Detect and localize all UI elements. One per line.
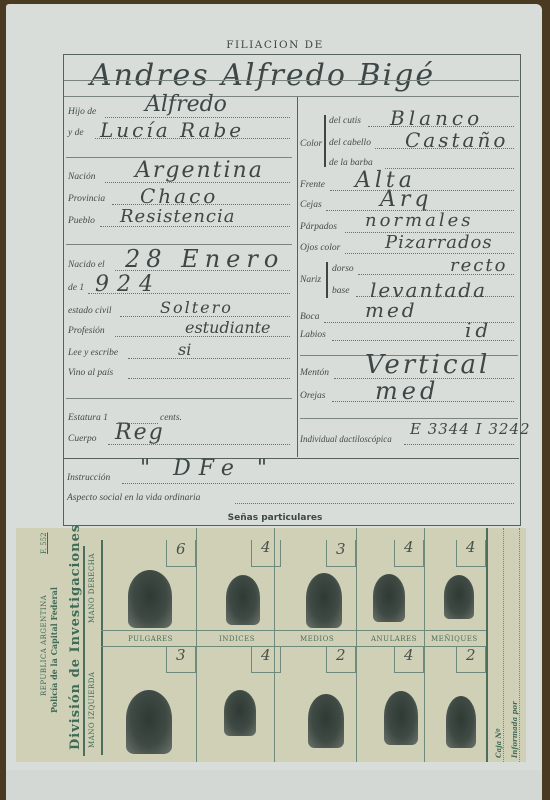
value-boca: med xyxy=(365,298,418,322)
label-vino-al-pais: Vino al país xyxy=(68,368,113,378)
fingerprint-left-thumb xyxy=(126,690,172,754)
value-cuerpo: Reg xyxy=(115,420,165,445)
nariz-brace xyxy=(326,262,328,298)
label-base: base xyxy=(332,286,349,296)
page-bottom-margin xyxy=(6,770,542,800)
right-code-thumb: 6 xyxy=(176,540,186,558)
value-estado-civil: Soltero xyxy=(160,298,233,317)
grid-line xyxy=(356,528,357,762)
label-dactiloscopica: Individual dactiloscópica xyxy=(300,434,392,444)
label-informada-por: Informada por xyxy=(510,701,519,758)
value-provincia: Chaco xyxy=(140,184,218,208)
fingerprint-left-index xyxy=(224,690,256,736)
fingerprint-card: REPUBLICA ARGENTINA Policía de la Capita… xyxy=(16,528,526,762)
label-barba: de la barba xyxy=(329,158,373,168)
label-estado-civil: estado civil xyxy=(68,306,112,316)
fingerprint-left-middle xyxy=(308,694,344,748)
value-nacion: Argentina xyxy=(135,158,264,183)
value-pueblo: Resistencia xyxy=(120,206,235,227)
label-estatura: Estatura 1 xyxy=(68,413,108,423)
header-divider xyxy=(83,546,85,756)
value-lee-escribe: si xyxy=(178,340,191,359)
column-divider xyxy=(297,97,298,457)
label-lee-escribe: Lee y escribe xyxy=(68,348,118,358)
fingerprint-right-ring xyxy=(373,574,405,622)
label-boca: Boca xyxy=(300,312,320,322)
person-name: Andres Alfredo Bigé xyxy=(90,58,435,93)
fingerprint-right-middle xyxy=(306,573,342,628)
label-cabello: del cabello xyxy=(329,138,371,148)
label-instruccion: Instrucción xyxy=(67,473,110,483)
left-code-ring: 4 xyxy=(404,646,414,664)
label-caja-no: Caja Nº xyxy=(494,728,503,758)
finger-label-anulares: ANULARES xyxy=(371,635,417,643)
value-dorso: recto xyxy=(450,255,507,276)
label-cuerpo: Cuerpo xyxy=(68,434,97,444)
grid-line xyxy=(424,528,425,762)
form-title: FILIACION DE xyxy=(0,39,550,51)
label-aspecto-social: Aspecto social en la vida ordinaria xyxy=(67,493,200,503)
left-code-middle: 2 xyxy=(336,646,346,664)
right-code-ring: 4 xyxy=(404,538,414,556)
senas-particulares-heading: Señas particulares xyxy=(0,513,550,523)
label-nariz: Nariz xyxy=(300,275,321,285)
value-instruccion: " DFe " xyxy=(140,456,275,481)
right-code-little: 4 xyxy=(466,538,476,556)
left-code-thumb: 3 xyxy=(176,646,186,664)
finger-label-medios: MEDIOS xyxy=(300,635,334,643)
divider xyxy=(300,418,518,419)
fingerprint-right-index xyxy=(226,575,260,625)
field-line xyxy=(128,378,290,379)
value-menton: Vertical xyxy=(365,350,490,380)
label-year: de 1 xyxy=(68,283,84,293)
label-y-de: y de xyxy=(68,128,84,138)
fingerprint-right-thumb xyxy=(128,570,172,628)
grid-line xyxy=(519,528,520,762)
label-color: Color xyxy=(300,139,322,149)
label-nacido-el: Nacido el xyxy=(68,260,105,270)
right-code-middle: 3 xyxy=(336,540,346,558)
value-ojos-color: Pizarrados xyxy=(385,232,493,253)
value-labios: id xyxy=(465,318,492,342)
left-code-little: 2 xyxy=(466,646,476,664)
divider xyxy=(64,458,519,459)
label-cejas: Cejas xyxy=(300,200,322,210)
value-orejas: med xyxy=(375,377,439,405)
value-cabello: Castaño xyxy=(405,128,508,152)
grid-line xyxy=(503,528,504,762)
label-frente: Frente xyxy=(300,180,325,190)
card-header-division: División de Investigaciones xyxy=(68,524,83,750)
card-header-republica: REPUBLICA ARGENTINA xyxy=(40,595,48,696)
value-mother: Lucía Rabe xyxy=(100,118,244,142)
value-birth-year: 924 xyxy=(95,272,161,297)
label-ojos-color: Ojos color xyxy=(300,243,340,253)
finger-label-meniques: MEÑIQUES xyxy=(431,635,478,643)
label-provincia: Provincia xyxy=(68,194,105,204)
label-profesion: Profesión xyxy=(68,326,105,336)
left-hand-label: MANO IZQUIERDA xyxy=(88,672,96,748)
grid-line xyxy=(486,528,488,762)
fingerprint-left-ring xyxy=(384,691,418,745)
card-header-policia: Policía de la Capital Federal xyxy=(49,587,59,713)
grid-line xyxy=(101,630,486,631)
left-code-index: 4 xyxy=(261,646,271,664)
divider xyxy=(64,80,519,81)
label-parpados: Párpados xyxy=(300,222,337,232)
value-cejas: Arq xyxy=(380,187,433,212)
card-form-number: F. 552 xyxy=(40,532,48,554)
value-parpados: normales xyxy=(365,210,473,231)
fingerprint-right-little xyxy=(444,575,474,619)
value-birth-date: 28 Enero xyxy=(125,245,284,273)
divider xyxy=(64,96,519,97)
label-cutis: del cutis xyxy=(329,116,361,126)
color-brace xyxy=(324,115,326,167)
value-dactiloscopica: E 3344 I 3242 xyxy=(410,420,531,438)
label-menton: Mentón xyxy=(300,368,329,378)
label-labios: Labios xyxy=(300,330,326,340)
grid-line xyxy=(196,528,197,762)
right-code-index: 4 xyxy=(261,538,271,556)
label-hijo-de: Hijo de xyxy=(68,107,96,117)
hand-label-divider xyxy=(101,540,103,755)
field-line xyxy=(345,253,514,254)
field-line xyxy=(404,444,514,445)
value-profesion: estudiante xyxy=(185,318,271,337)
field-line xyxy=(122,483,514,484)
fingerprint-left-little xyxy=(446,696,476,748)
value-father: Alfredo xyxy=(145,92,227,117)
field-line xyxy=(128,358,290,359)
label-orejas: Orejas xyxy=(300,391,326,401)
field-line xyxy=(235,503,514,504)
label-nacion: Nación xyxy=(68,172,95,182)
value-cutis: Blanco xyxy=(390,106,483,130)
divider xyxy=(66,398,292,399)
label-dorso: dorso xyxy=(332,264,354,274)
finger-label-pulgares: PULGARES xyxy=(128,635,173,643)
grid-line xyxy=(101,646,486,647)
right-hand-label: MANO DERECHA xyxy=(88,553,96,623)
label-pueblo: Pueblo xyxy=(68,216,95,226)
finger-label-indices: INDICES xyxy=(219,635,255,643)
